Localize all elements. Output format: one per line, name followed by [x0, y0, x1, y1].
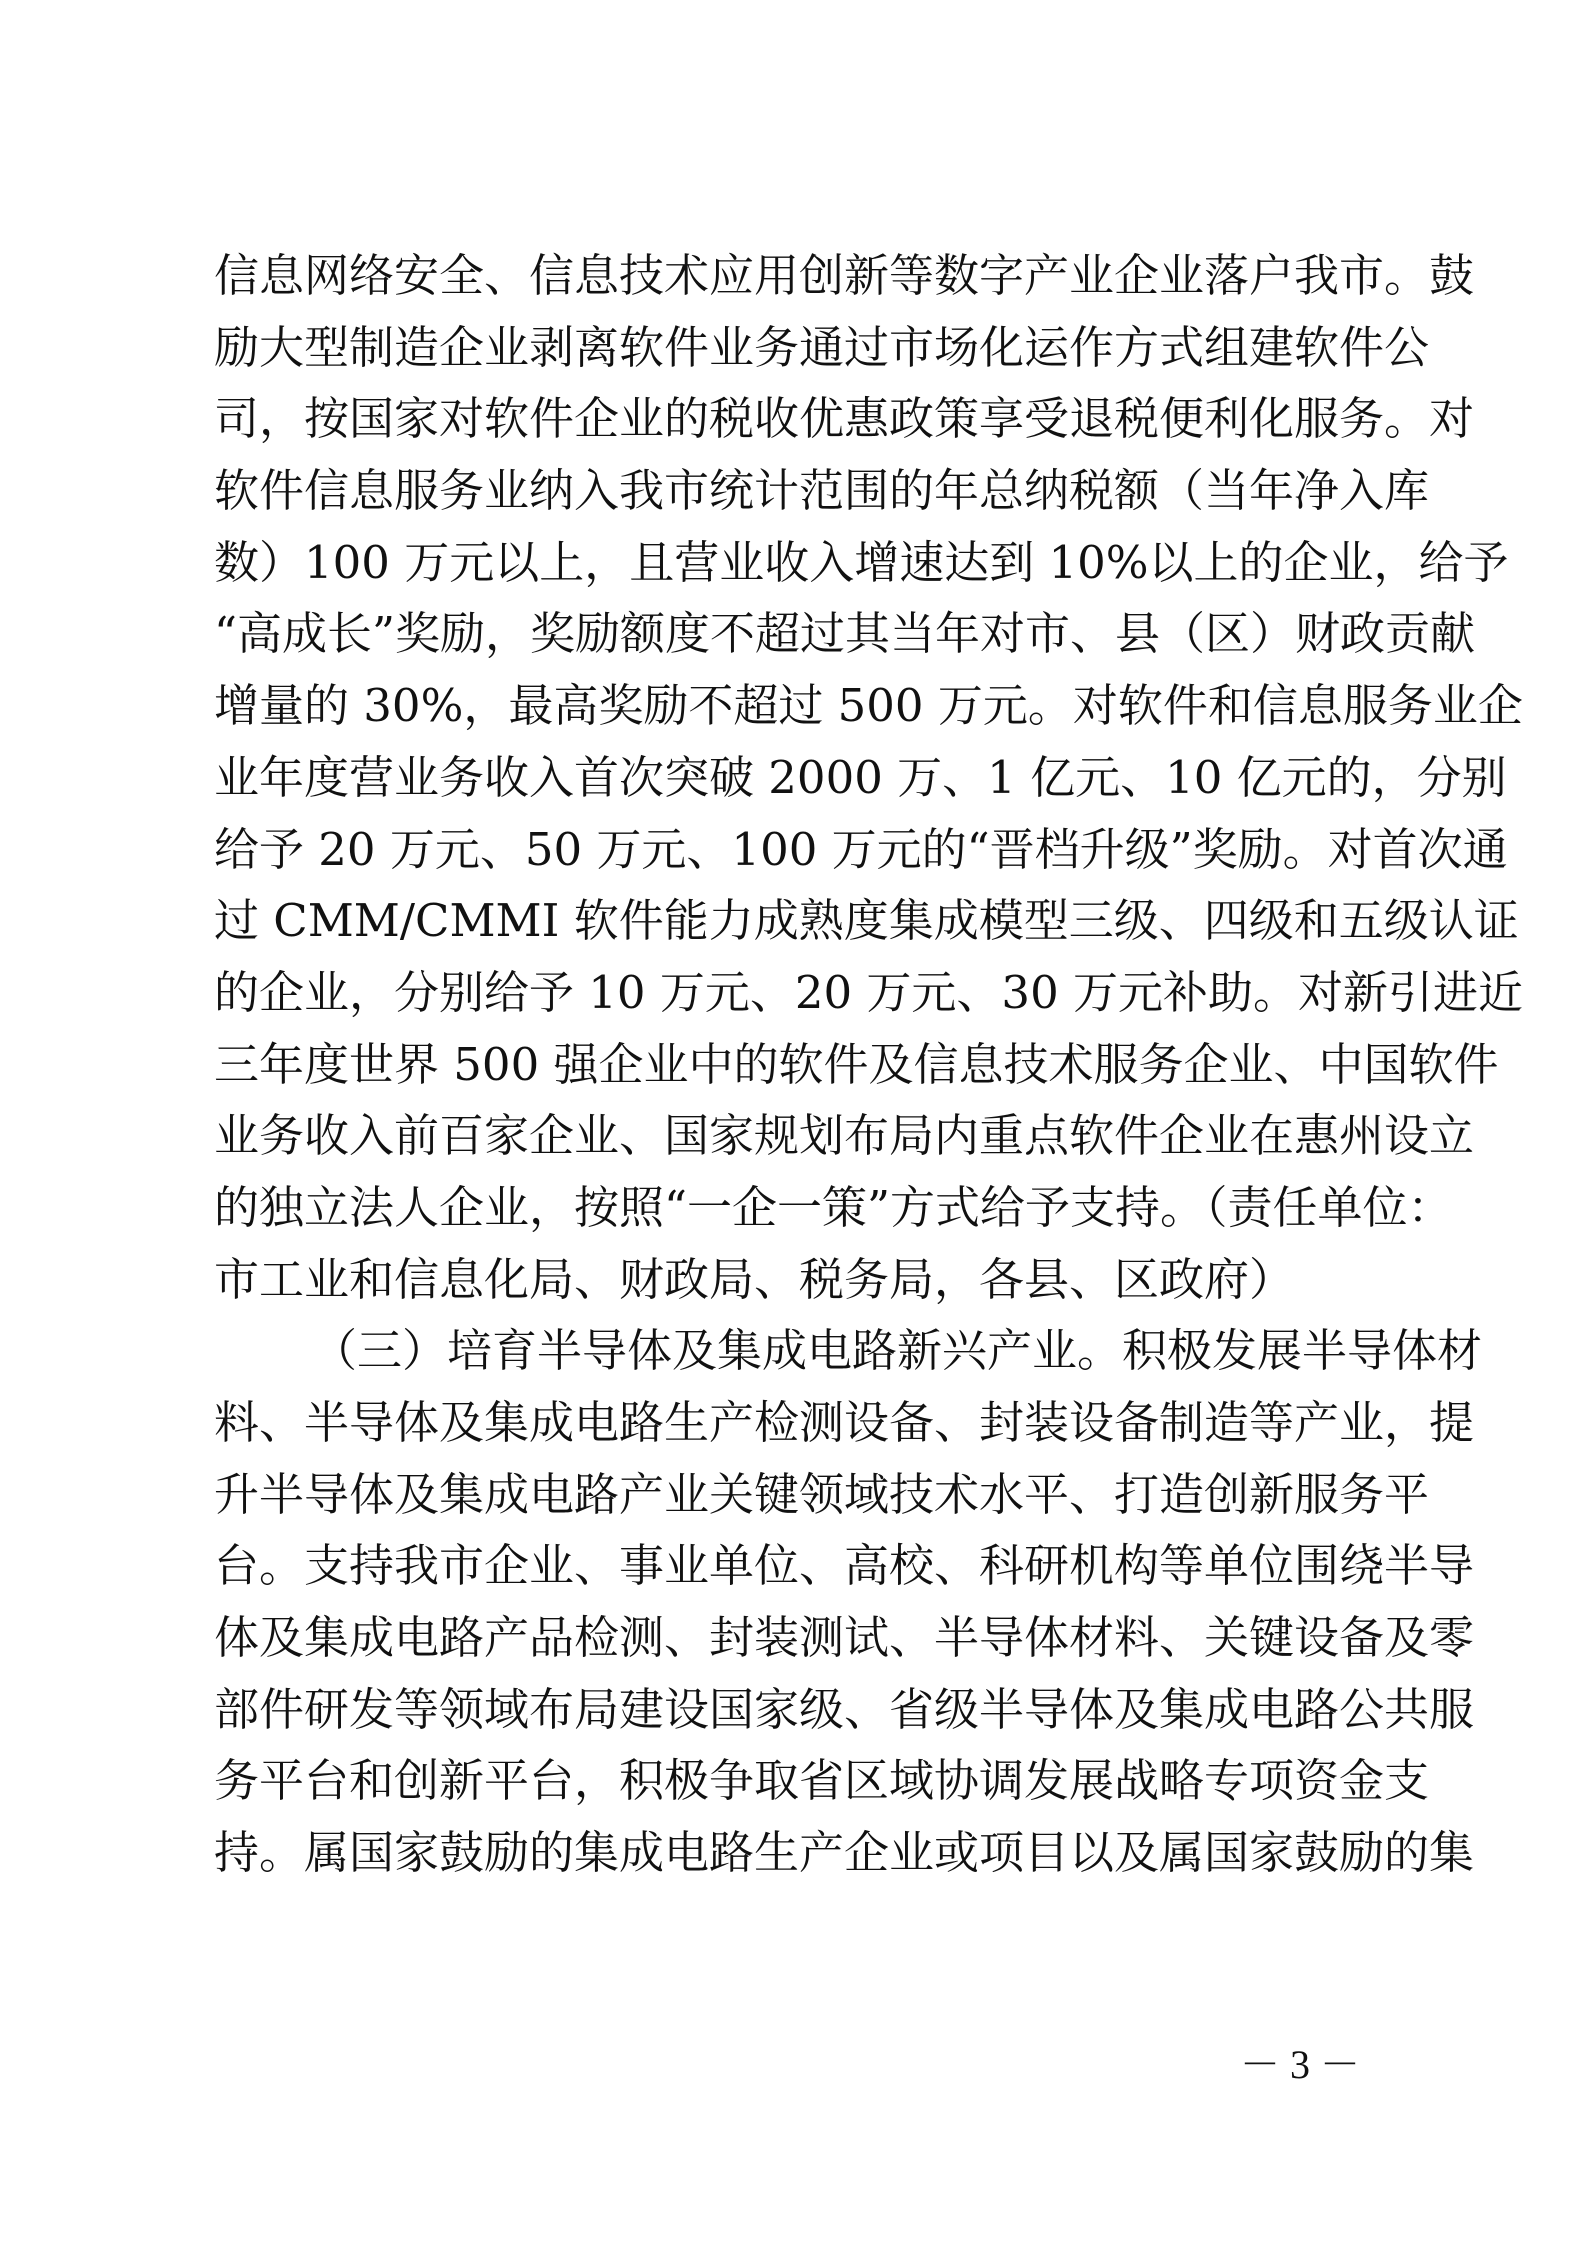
text-line: “高成长”奖励，奖励额度不超过其当年对市、县（区）财政贡献 [214, 598, 1399, 670]
text-line: 的独立法人企业，按照“一企一策”方式给予支持。（责任单位： [214, 1172, 1399, 1244]
text-line: 部件研发等领域布局建设国家级、省级半导体及集成电路公共服 [214, 1674, 1399, 1746]
text-line: 业务收入前百家企业、国家规划布局内重点软件企业在惠州设立 [214, 1100, 1399, 1172]
text-line: 台。支持我市企业、事业单位、高校、科研机构等单位围绕半导 [214, 1530, 1399, 1602]
text-line: 务平台和创新平台，积极争取省区域协调发展战略专项资金支 [214, 1745, 1399, 1817]
document-page: 信息网络安全、信息技术应用创新等数字产业企业落户我市。鼓 励大型制造企业剥离软件… [0, 0, 1587, 2245]
text-line: 过 CMM/CMMI 软件能力成熟度集成模型三级、四级和五级认证 [214, 885, 1399, 957]
document-body: 信息网络安全、信息技术应用创新等数字产业企业落户我市。鼓 励大型制造企业剥离软件… [214, 240, 1399, 1889]
text-line: 信息网络安全、信息技术应用创新等数字产业企业落户我市。鼓 [214, 240, 1399, 312]
text-line: 软件信息服务业纳入我市统计范围的年总纳税额（当年净入库 [214, 455, 1399, 527]
text-line: 业年度营业务收入首次突破 2000 万、1 亿元、10 亿元的，分别 [214, 742, 1399, 814]
heading-line-text: 积极发展半导体材 [1122, 1324, 1482, 1377]
text-line: 持。属国家鼓励的集成电路生产企业或项目以及属国家鼓励的集 [214, 1817, 1399, 1889]
text-line: 三年度世界 500 强企业中的软件及信息技术服务企业、中国软件 [214, 1029, 1399, 1101]
section-heading-line: （三）培育半导体及集成电路新兴产业。积极发展半导体材 [214, 1315, 1399, 1387]
text-line: 料、半导体及集成电路生产检测设备、封装设备制造等产业，提 [214, 1387, 1399, 1459]
text-line: 数）100 万元以上，且营业收入增速达到 10%以上的企业，给予 [214, 527, 1399, 599]
paragraph-software-incentives: 信息网络安全、信息技术应用创新等数字产业企业落户我市。鼓 励大型制造企业剥离软件… [214, 240, 1399, 1315]
section-heading: （三）培育半导体及集成电路新兴产业。 [312, 1324, 1122, 1377]
text-line: 增量的 30%，最高奖励不超过 500 万元。对软件和信息服务业企 [214, 670, 1399, 742]
text-line: 升半导体及集成电路产业关键领域技术水平、打造创新服务平 [214, 1459, 1399, 1531]
text-line: 体及集成电路产品检测、封装测试、半导体材料、关键设备及零 [214, 1602, 1399, 1674]
text-line: 司，按国家对软件企业的税收优惠政策享受退税便利化服务。对 [214, 383, 1399, 455]
text-line: 励大型制造企业剥离软件业务通过市场化运作方式组建软件公 [214, 312, 1399, 384]
text-line: 市工业和信息化局、财政局、税务局，各县、区政府） [214, 1244, 1399, 1316]
text-line: 给予 20 万元、50 万元、100 万元的“晋档升级”奖励。对首次通 [214, 814, 1399, 886]
paragraph-semiconductor: （三）培育半导体及集成电路新兴产业。积极发展半导体材 料、半导体及集成电路生产检… [214, 1315, 1399, 1889]
text-line: 的企业，分别给予 10 万元、20 万元、30 万元补助。对新引进近 [214, 957, 1399, 1029]
page-number: － 3 － [1240, 2040, 1360, 2090]
